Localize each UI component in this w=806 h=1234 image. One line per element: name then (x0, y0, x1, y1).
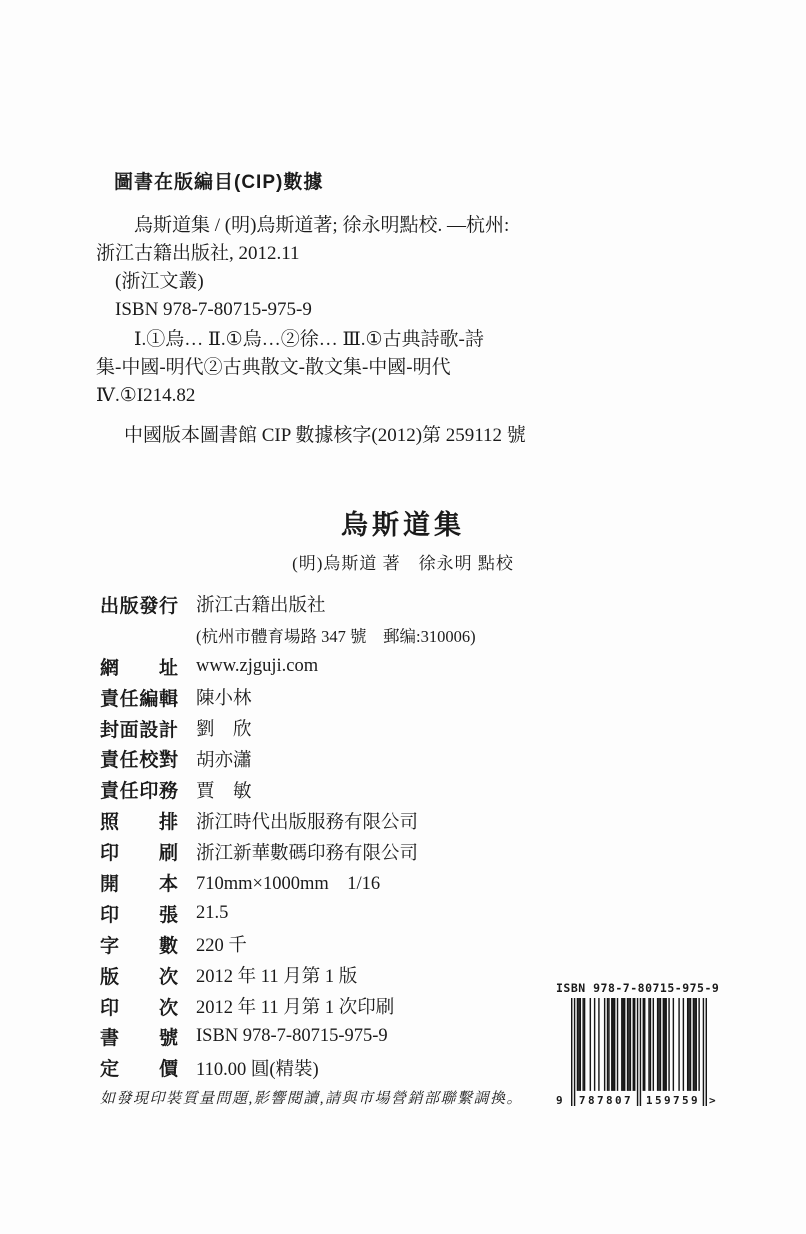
colophon-value: (杭州市體育場路 347 號 郵编:310006) (196, 623, 476, 647)
colophon-label: 印張 (100, 900, 178, 927)
colophon-row: (杭州市體育場路 347 號 郵编:310006) (100, 620, 476, 651)
colophon-row: 封面設計劉 欣 (100, 713, 476, 744)
colophon-label: 定價 (100, 1054, 178, 1081)
colophon-row: 照排浙江時代出版服務有限公司 (100, 805, 476, 836)
barcode-digits-left: 787807 (578, 1094, 634, 1108)
quality-note: 如發現印裝質量問題,影響閱讀,請與市場營銷部聯繫調換。 (100, 1087, 523, 1108)
colophon-label: 字數 (100, 931, 178, 958)
book-copyright-page: 圖書在版編目(CIP)數據 烏斯道集 / (明)烏斯道著; 徐永明點校. —杭州… (0, 0, 806, 1234)
colophon-value: 浙江時代出版服務有限公司 (196, 808, 418, 834)
colophon-label: 印刷 (100, 838, 178, 865)
cip-record-line: ISBN 978-7-80715-975-9 (96, 296, 686, 324)
cip-record-line: 浙江古籍出版社, 2012.11 (96, 240, 686, 268)
cip-classification-line: 集-中國-明代②古典散文-散文集-中國-明代 (96, 354, 696, 382)
colophon-label: 印次 (100, 993, 178, 1020)
colophon-label: 書號 (100, 1023, 178, 1050)
colophon-row: 責任印務賈 敏 (100, 774, 476, 805)
colophon-row: 定價110.00 圓(精裝) (100, 1052, 476, 1083)
colophon-list: 出版發行浙江古籍出版社(杭州市體育場路 347 號 郵编:310006)網址ww… (100, 589, 476, 1083)
colophon-value: 胡亦瀟 (196, 746, 252, 772)
colophon-row: 出版發行浙江古籍出版社 (100, 589, 476, 620)
cip-classification-line: Ⅰ.①烏… Ⅱ.①烏…②徐… Ⅲ.①古典詩歌-詩 (96, 326, 696, 354)
cip-record-line: 烏斯道集 / (明)烏斯道著; 徐永明點校. —杭州: (96, 212, 686, 240)
colophon-value: 陳小林 (196, 684, 252, 710)
colophon-value: www.zjguji.com (196, 656, 318, 677)
barcode-digits-right: 159759 (645, 1094, 701, 1108)
colophon-row: 印次2012 年 11 月第 1 次印刷 (100, 991, 476, 1022)
colophon-value: 劉 欣 (196, 715, 252, 741)
barcode-digits: 9 787807 159759 > (571, 1093, 707, 1108)
cip-classification-block: Ⅰ.①烏… Ⅱ.①烏…②徐… Ⅲ.①古典詩歌-詩集-中國-明代②古典散文-散文集… (96, 326, 696, 410)
colophon-value: 110.00 圓(精裝) (196, 1055, 319, 1081)
cip-registry-number: 中國版本圖書館 CIP 數據核字(2012)第 259112 號 (124, 420, 526, 447)
colophon-row: 責任編輯陳小林 (100, 682, 476, 713)
colophon-value: 浙江新華數碼印務有限公司 (196, 839, 418, 865)
colophon-row: 印張21.5 (100, 898, 476, 929)
colophon-value: ISBN 978-7-80715-975-9 (196, 1026, 388, 1047)
book-title: 烏斯道集 (0, 503, 806, 542)
cip-record-line: (浙江文叢) (96, 268, 686, 296)
colophon-label: 出版發行 (100, 591, 178, 618)
barcode-trailer-icon: > (709, 1094, 716, 1108)
colophon-label: 責任校對 (100, 745, 178, 772)
colophon-row: 書號ISBN 978-7-80715-975-9 (100, 1021, 476, 1052)
colophon-value: 賈 敏 (196, 777, 252, 803)
book-byline: (明)烏斯道 著 徐永明 點校 (0, 549, 806, 574)
colophon-row: 字數220 千 (100, 929, 476, 960)
colophon-label: 開本 (100, 869, 178, 896)
colophon-label: 封面設計 (100, 715, 178, 742)
colophon-row: 印刷浙江新華數碼印務有限公司 (100, 836, 476, 867)
colophon-label: 網址 (100, 653, 178, 680)
barcode-isbn-text: ISBN 978-7-80715-975-9 (556, 981, 770, 995)
colophon-row: 責任校對胡亦瀟 (100, 743, 476, 774)
colophon-label: 照排 (100, 807, 178, 834)
colophon-row: 網址www.zjguji.com (100, 651, 476, 682)
colophon-label: 版次 (100, 962, 178, 989)
barcode-bars (571, 998, 707, 1106)
colophon-label: 責任印務 (100, 776, 178, 803)
barcode-digit-first: 9 (556, 1094, 563, 1108)
cip-header: 圖書在版編目(CIP)數據 (114, 167, 323, 194)
colophon-value: 21.5 (196, 903, 228, 924)
barcode-block: ISBN 978-7-80715-975-9 9 787807 159759 > (556, 981, 770, 1106)
colophon-value: 220 千 (196, 931, 247, 957)
colophon-value: 2012 年 11 月第 1 版 (196, 962, 357, 988)
colophon-value: 710mm×1000mm 1/16 (196, 869, 380, 895)
cip-record-block: 烏斯道集 / (明)烏斯道著; 徐永明點校. —杭州:浙江古籍出版社, 2012… (96, 212, 686, 324)
colophon-row: 版次2012 年 11 月第 1 版 (100, 960, 476, 991)
cip-classification-line: Ⅳ.①I214.82 (96, 382, 696, 410)
barcode: 9 787807 159759 > (571, 998, 707, 1106)
colophon-row: 開本710mm×1000mm 1/16 (100, 867, 476, 898)
colophon-value: 浙江古籍出版社 (196, 591, 326, 617)
colophon-value: 2012 年 11 月第 1 次印刷 (196, 993, 394, 1019)
colophon-label: 責任編輯 (100, 684, 178, 711)
